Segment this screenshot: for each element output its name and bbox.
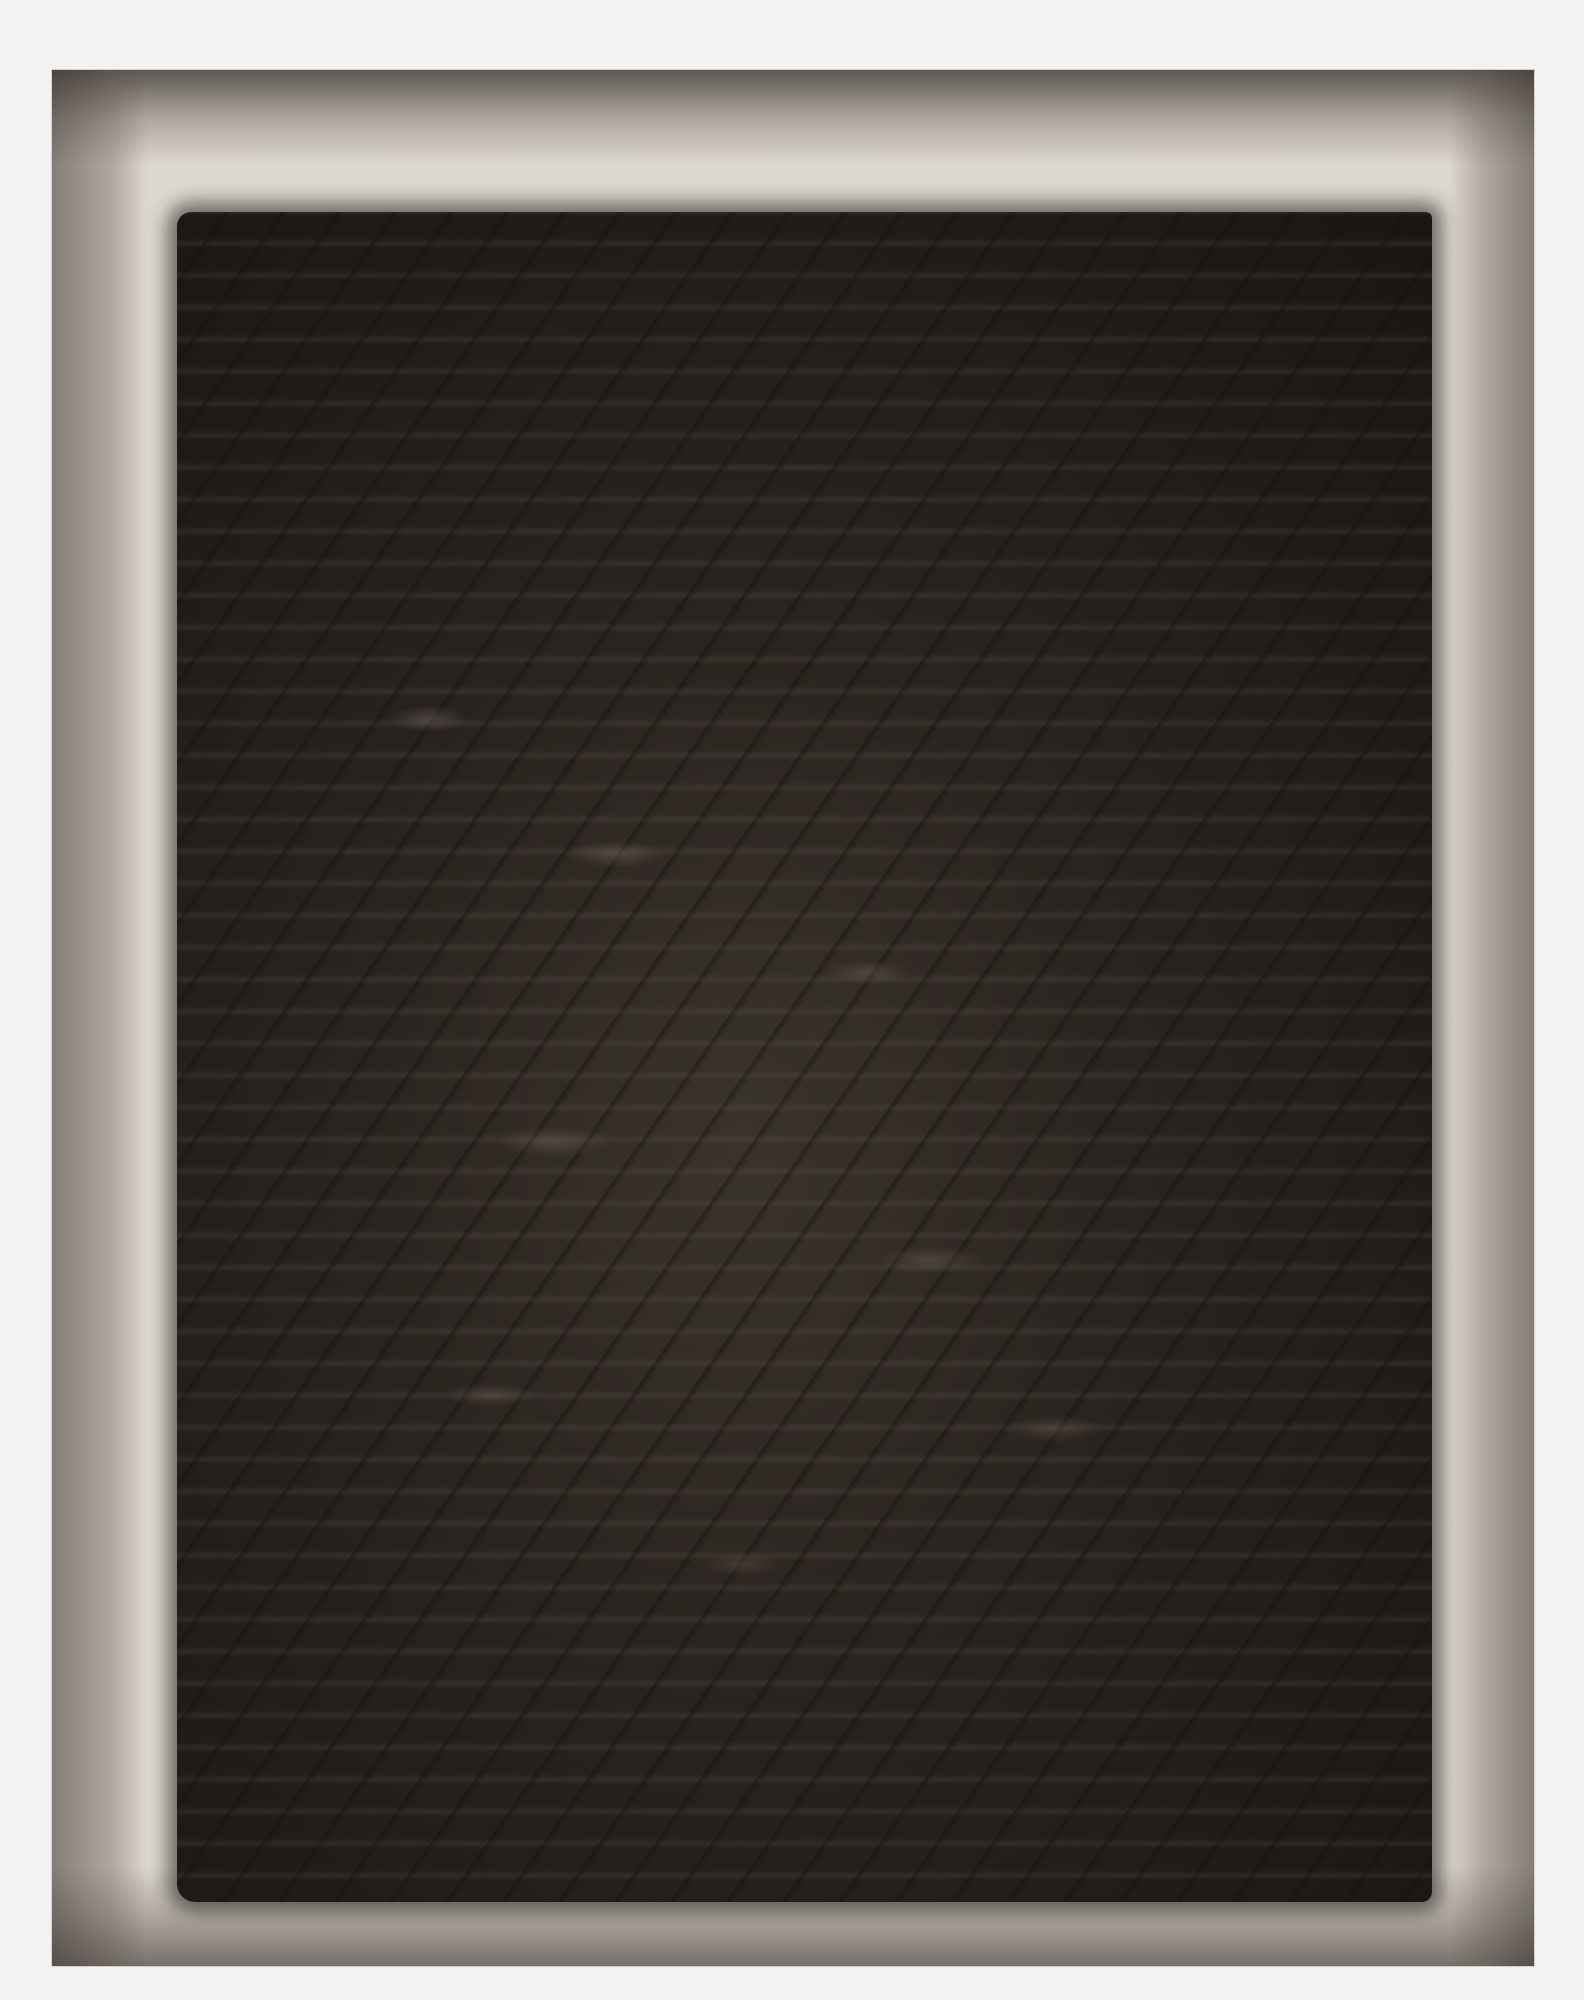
mottled-texture	[177, 212, 1432, 1902]
artwork-sheet	[52, 70, 1534, 1966]
dark-field	[177, 212, 1432, 1902]
